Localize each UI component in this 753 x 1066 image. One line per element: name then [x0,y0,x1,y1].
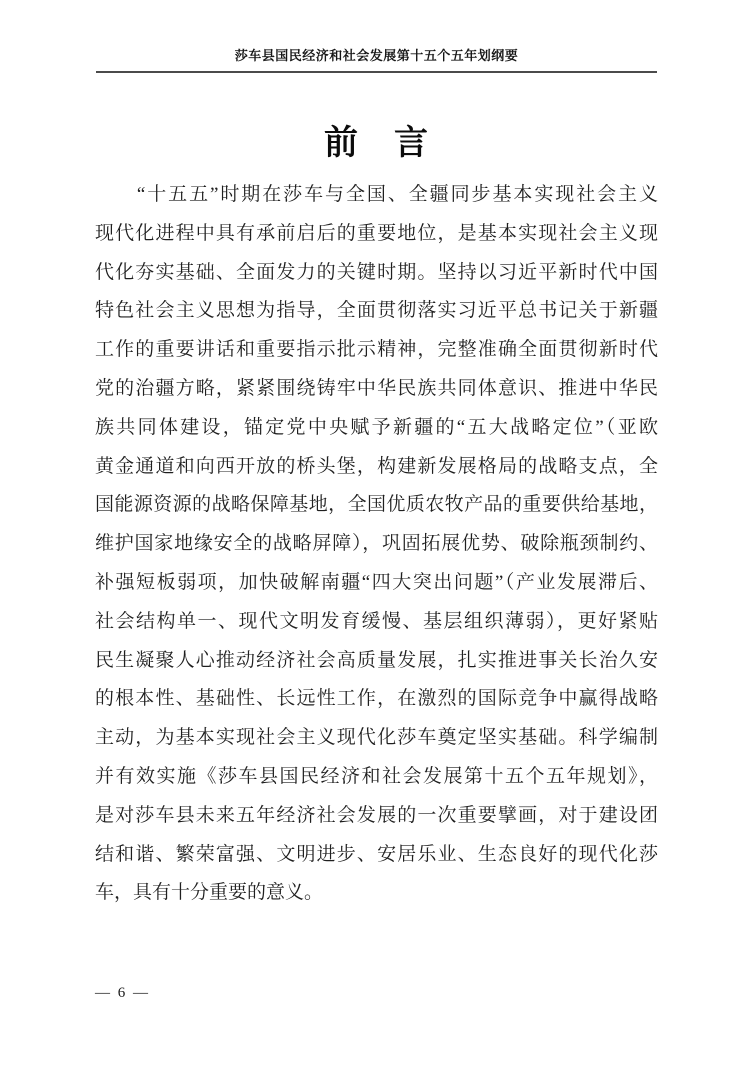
page-number: — 6 — [95,983,150,1003]
body-line: 车，具有十分重要的意义。 [95,874,658,913]
body-line: 主动，为基本实现社会主义现代化莎车奠定坚实基础。科学编制 [95,719,658,758]
body-line: 工作的重要讲话和重要指示批示精神，完整准确全面贯彻新时代 [95,331,658,370]
body-line: 特色社会主义思想为指导，全面贯彻落实习近平总书记关于新疆 [95,292,658,331]
header-title: 莎车县国民经济和社会发展第十五个五年划纲要 [96,47,657,65]
body-line: 代化夯实基础、全面发力的关键时期。坚持以习近平新时代中国 [95,254,658,293]
header-divider [96,71,657,73]
section-title: 前 言 [95,122,658,166]
document-page: 莎车县国民经济和社会发展第十五个五年划纲要 前 言 “十五五”时期在莎车与全国、… [0,0,753,1066]
body-line: 社会结构单一、现代文明发育缓慢、基层组织薄弱），更好紧贴 [95,603,658,642]
body-line: 是对莎车县未来五年经济社会发展的一次重要擘画，对于建设团 [95,797,658,836]
body-line: 并有效实施《莎车县国民经济和社会发展第十五个五年规划》， [95,758,658,797]
body-line: 国能源资源的战略保障基地，全国优质农牧产品的重要供给基地， [95,486,658,525]
body-line: 结和谐、繁荣富强、文明进步、安居乐业、生态良好的现代化莎 [95,836,658,875]
body-line: 补强短板弱项，加快破解南疆“四大突出问题”（产业发展滞后、 [95,564,658,603]
body-line: 维护国家地缘安全的战略屏障），巩固拓展优势、破除瓶颈制约、 [95,525,658,564]
body-line: 的根本性、基础性、长远性工作，在激烈的国际竞争中赢得战略 [95,680,658,719]
body-line: “十五五”时期在莎车与全国、全疆同步基本实现社会主义 [95,176,658,215]
body-line: 现代化进程中具有承前启后的重要地位，是基本实现社会主义现 [95,215,658,254]
body-line: 党的治疆方略，紧紧围绕铸牢中华民族共同体意识、推进中华民 [95,370,658,409]
body-paragraph: “十五五”时期在莎车与全国、全疆同步基本实现社会主义 现代化进程中具有承前启后的… [95,176,658,913]
body-line: 族共同体建设，锚定党中央赋予新疆的“五大战略定位”（亚欧 [95,409,658,448]
body-line: 民生凝聚人心推动经济社会高质量发展，扎实推进事关长治久安 [95,642,658,681]
page-header: 莎车县国民经济和社会发展第十五个五年划纲要 [96,47,657,65]
body-line: 黄金通道和向西开放的桥头堡，构建新发展格局的战略支点，全 [95,448,658,487]
